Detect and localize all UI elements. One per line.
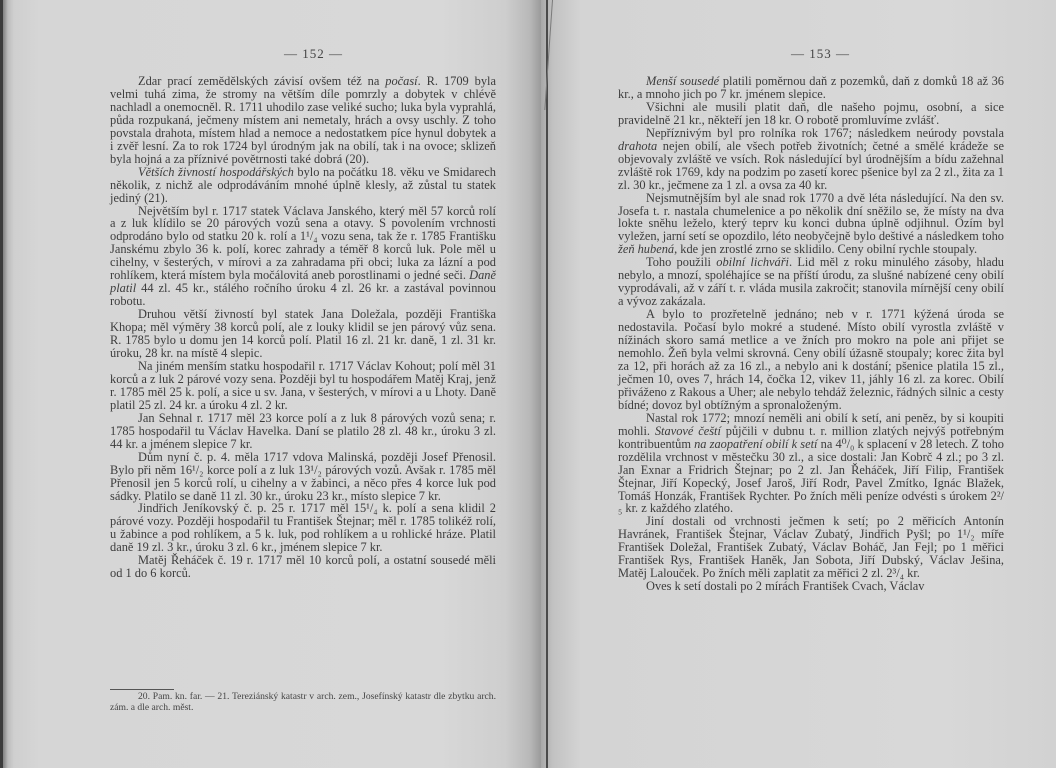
paragraph: Dům nyní č. p. 4. měla 1717 vdova Malins… xyxy=(110,451,496,503)
emphasis-text: Stavové čeští xyxy=(655,424,721,438)
emphasis-text: na zaopatření obilí k setí xyxy=(694,437,817,451)
book-spread: — 152 — Zdar prací zemědělských závisí o… xyxy=(0,0,1056,768)
text-run: . R. 1709 byla velmi tuhá zima, že strom… xyxy=(110,74,496,166)
text-run: 44 zl. 45 kr., stálého ročního úroku 4 z… xyxy=(110,281,496,308)
right-page: — 153 — Menší sousedé platili poměrnou d… xyxy=(541,0,1056,768)
page-edge xyxy=(0,0,3,768)
paragraph: Oves k setí dostali po 2 mírách Františe… xyxy=(618,580,1004,593)
paragraph: Největším byl r. 1717 statek Václava Jan… xyxy=(110,205,496,309)
text-run: Oves k setí dostali po 2 mírách Františe… xyxy=(646,579,925,593)
text-run: Zdar prací zemědělských závisí ovšem též… xyxy=(138,74,385,88)
text-run: Dům nyní č. p. 4. měla 1717 vdova Malins… xyxy=(110,450,496,503)
left-page: — 152 — Zdar prací zemědělských závisí o… xyxy=(0,0,541,768)
paragraph: Zdar prací zemědělských závisí ovšem též… xyxy=(110,75,496,166)
text-run: Jindřich Jeníkovský č. p. 25 r. 1717 měl… xyxy=(110,501,496,554)
paragraph: Jindřich Jeníkovský č. p. 25 r. 1717 měl… xyxy=(110,502,496,554)
page-number: — 152 — xyxy=(284,46,343,62)
paragraph: Matěj Řeháček č. 19 r. 1717 měl 10 korců… xyxy=(110,554,496,580)
paragraph: Nepříznivým byl pro rolníka rok 1767; ná… xyxy=(618,127,1004,192)
paragraph: A bylo to prozřetelně jednáno; neb v r. … xyxy=(618,308,1004,412)
footnote: 20. Pam. kn. far. — 21. Tereziánský kata… xyxy=(110,692,496,713)
paragraph: Toho použili obilní lichváři. Lid měl z … xyxy=(618,256,1004,308)
footnote-text: 20. Pam. kn. far. — 21. Tereziánský kata… xyxy=(110,692,496,713)
emphasis-text: Větších živností hospodářských xyxy=(138,165,294,179)
text-run: nejen obilí, ale všech potřeb životních;… xyxy=(618,139,1004,192)
text-run: Jiní dostali od vrchnosti ječmen k setí;… xyxy=(618,514,1004,580)
paragraph: Na jiném menším statku hospodařil r. 171… xyxy=(110,360,496,412)
page-number: — 153 — xyxy=(791,46,850,62)
text-run: Druhou větší živností byl statek Jana Do… xyxy=(110,307,496,360)
paragraph: Větších živností hospodářských bylo na p… xyxy=(110,166,496,205)
text-run: Jan Sehnal r. 1717 měl 23 korce polí a z… xyxy=(110,411,496,451)
text-run: Toho použili xyxy=(646,255,716,269)
paragraph: Druhou větší živností byl statek Jana Do… xyxy=(110,308,496,360)
book-gutter xyxy=(546,0,548,768)
text-run: Nejsmutnějším byl ale snad rok 1770 a dv… xyxy=(618,191,1004,244)
text-run: Matěj Řeháček č. 19 r. 1717 měl 10 korců… xyxy=(110,553,496,580)
emphasis-text: drahota xyxy=(618,139,657,153)
paragraph: Jan Sehnal r. 1717 měl 23 korce polí a z… xyxy=(110,412,496,451)
paragraph: Nastal rok 1772; mnozí neměli ani obilí … xyxy=(618,412,1004,516)
emphasis-text: Menší sousedé xyxy=(646,74,719,88)
text-run: A bylo to prozřetelně jednáno; neb v r. … xyxy=(618,307,1004,412)
paragraph: Jiní dostali od vrchnosti ječmen k setí;… xyxy=(618,515,1004,580)
emphasis-text: obilní lichváři xyxy=(716,255,789,269)
text-run: , kde jen zrostlé zrno se sklidilo. Ceny… xyxy=(674,242,977,256)
footnote-rule xyxy=(110,689,174,690)
paragraph: Všichni ale musili platit daň, dle našeh… xyxy=(618,101,1004,127)
right-page-body: Menší sousedé platili poměrnou daň z poz… xyxy=(618,75,1004,593)
text-run: Nepříznivým byl pro rolníka rok 1767; ná… xyxy=(646,126,1004,140)
emphasis-text: žeň hubená xyxy=(618,242,674,256)
text-run: Největším byl r. 1717 statek Václava Jan… xyxy=(110,204,496,283)
text-run: Na jiném menším statku hospodařil r. 171… xyxy=(110,359,496,412)
emphasis-text: počasí xyxy=(385,74,417,88)
text-run: Všichni ale musili platit daň, dle našeh… xyxy=(618,100,1004,127)
paragraph: Nejsmutnějším byl ale snad rok 1770 a dv… xyxy=(618,192,1004,257)
paragraph: Menší sousedé platili poměrnou daň z poz… xyxy=(618,75,1004,101)
left-page-body: Zdar prací zemědělských závisí ovšem též… xyxy=(110,75,496,580)
